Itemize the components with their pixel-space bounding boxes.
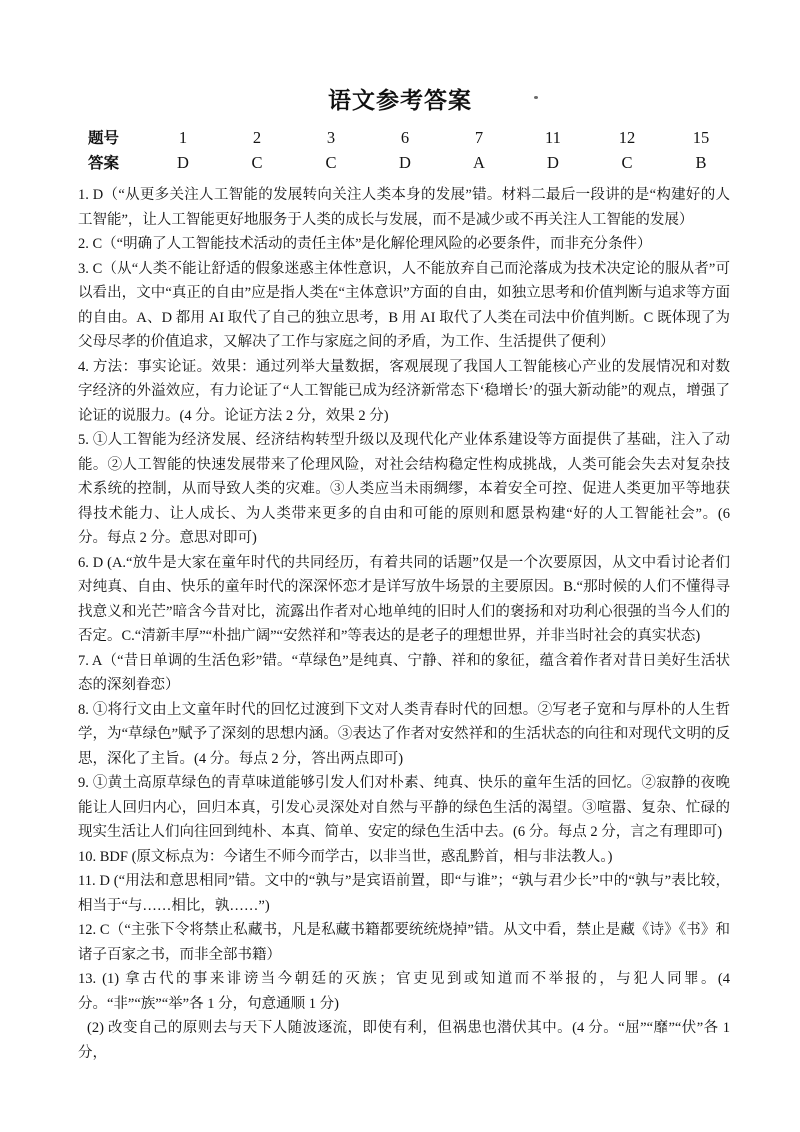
question-number-cell: 7 bbox=[442, 126, 516, 150]
answer-item-5: 5. ①人工智能为经济发展、经济结构转型升级以及现代化产业体系建设等方面提供了基… bbox=[78, 428, 730, 551]
answer-item-9: 9. ①黄土高原草绿色的青草味道能够引发人们对朴素、纯真、快乐的童年生活的回忆。… bbox=[78, 771, 730, 845]
answer-item-1: 1. D（“从更多关注人工智能的发展转向关注人类本身的发展”错。材料二最后一段讲… bbox=[78, 183, 730, 232]
answer-cell: A bbox=[442, 151, 516, 175]
answer-row: 答案 D C C D A D C B bbox=[88, 151, 800, 176]
answer-item-11: 11. D (“用法和意思相同”错。文中的“孰与”是宾语前置，即“与谁”；“孰与… bbox=[78, 869, 730, 918]
answer-item-3: 3. C（从“人类不能让舒适的假象迷惑主体性意识，人不能放弃自己而沦落成为技术决… bbox=[78, 257, 730, 355]
answer-label: 答案 bbox=[88, 152, 146, 176]
answer-item-7: 7. A（“昔日单调的生活色彩”错。“草绿色”是纯真、宁静、祥和的象征，蕴含着作… bbox=[78, 649, 730, 698]
scan-artifact-dot bbox=[534, 96, 538, 99]
answer-item-6: 6. D (A.“放牛是大家在童年时代的共同经历，有着共同的话题”仅是一个次要原… bbox=[78, 551, 730, 649]
answer-item-8: 8. ①将行文由上文童年时代的回忆过渡到下文对人类青春时代的回想。②写老子宽和与… bbox=[78, 698, 730, 772]
question-number-cell: 3 bbox=[294, 126, 368, 150]
answer-item-13-part-1: 13. (1) 拿古代的事来诽谤当今朝廷的灭族；官吏见到或知道而不举报的，与犯人… bbox=[78, 967, 730, 1016]
answer-explanations: 1. D（“从更多关注人工智能的发展转向关注人类本身的发展”错。材料二最后一段讲… bbox=[78, 183, 730, 1065]
answer-cell: D bbox=[368, 151, 442, 175]
answer-cell: C bbox=[590, 151, 664, 175]
answer-item-13-part-2: (2) 改变自己的原则去与天下人随波逐流，即使有利，但祸患也潜伏其中。(4 分。… bbox=[78, 1016, 730, 1065]
question-number-cell: 6 bbox=[368, 126, 442, 150]
answer-item-2: 2. C（“明确了人工智能技术活动的责任主体”是化解伦理风险的必要条件，而非充分… bbox=[78, 232, 730, 257]
answer-cell: D bbox=[146, 151, 220, 175]
question-number-label: 题号 bbox=[88, 127, 146, 151]
answer-table: 题号 1 2 3 6 7 11 12 15 答案 D C C D A D C B bbox=[0, 126, 800, 176]
question-number-cell: 11 bbox=[516, 126, 590, 150]
answer-cell: B bbox=[664, 151, 738, 175]
answer-cell: C bbox=[220, 151, 294, 175]
page-title: 语文参考答案 bbox=[0, 0, 800, 114]
answer-item-4: 4. 方法：事实论证。效果：通过列举大量数据，客观展现了我国人工智能核心产业的发… bbox=[78, 355, 730, 429]
question-number-cell: 1 bbox=[146, 126, 220, 150]
question-number-cell: 2 bbox=[220, 126, 294, 150]
answer-cell: C bbox=[294, 151, 368, 175]
question-number-cell: 12 bbox=[590, 126, 664, 150]
answer-cell: D bbox=[516, 151, 590, 175]
answer-item-10: 10. BDF (原文标点为：今诸生不师今而学古，以非当世，惑乱黔首，相与非法教… bbox=[78, 845, 730, 870]
question-number-row: 题号 1 2 3 6 7 11 12 15 bbox=[88, 126, 800, 151]
question-number-cell: 15 bbox=[664, 126, 738, 150]
answer-item-12: 12. C（“主张下令将禁止私藏书，凡是私藏书籍都要统统烧掉”错。从文中看，禁止… bbox=[78, 918, 730, 967]
